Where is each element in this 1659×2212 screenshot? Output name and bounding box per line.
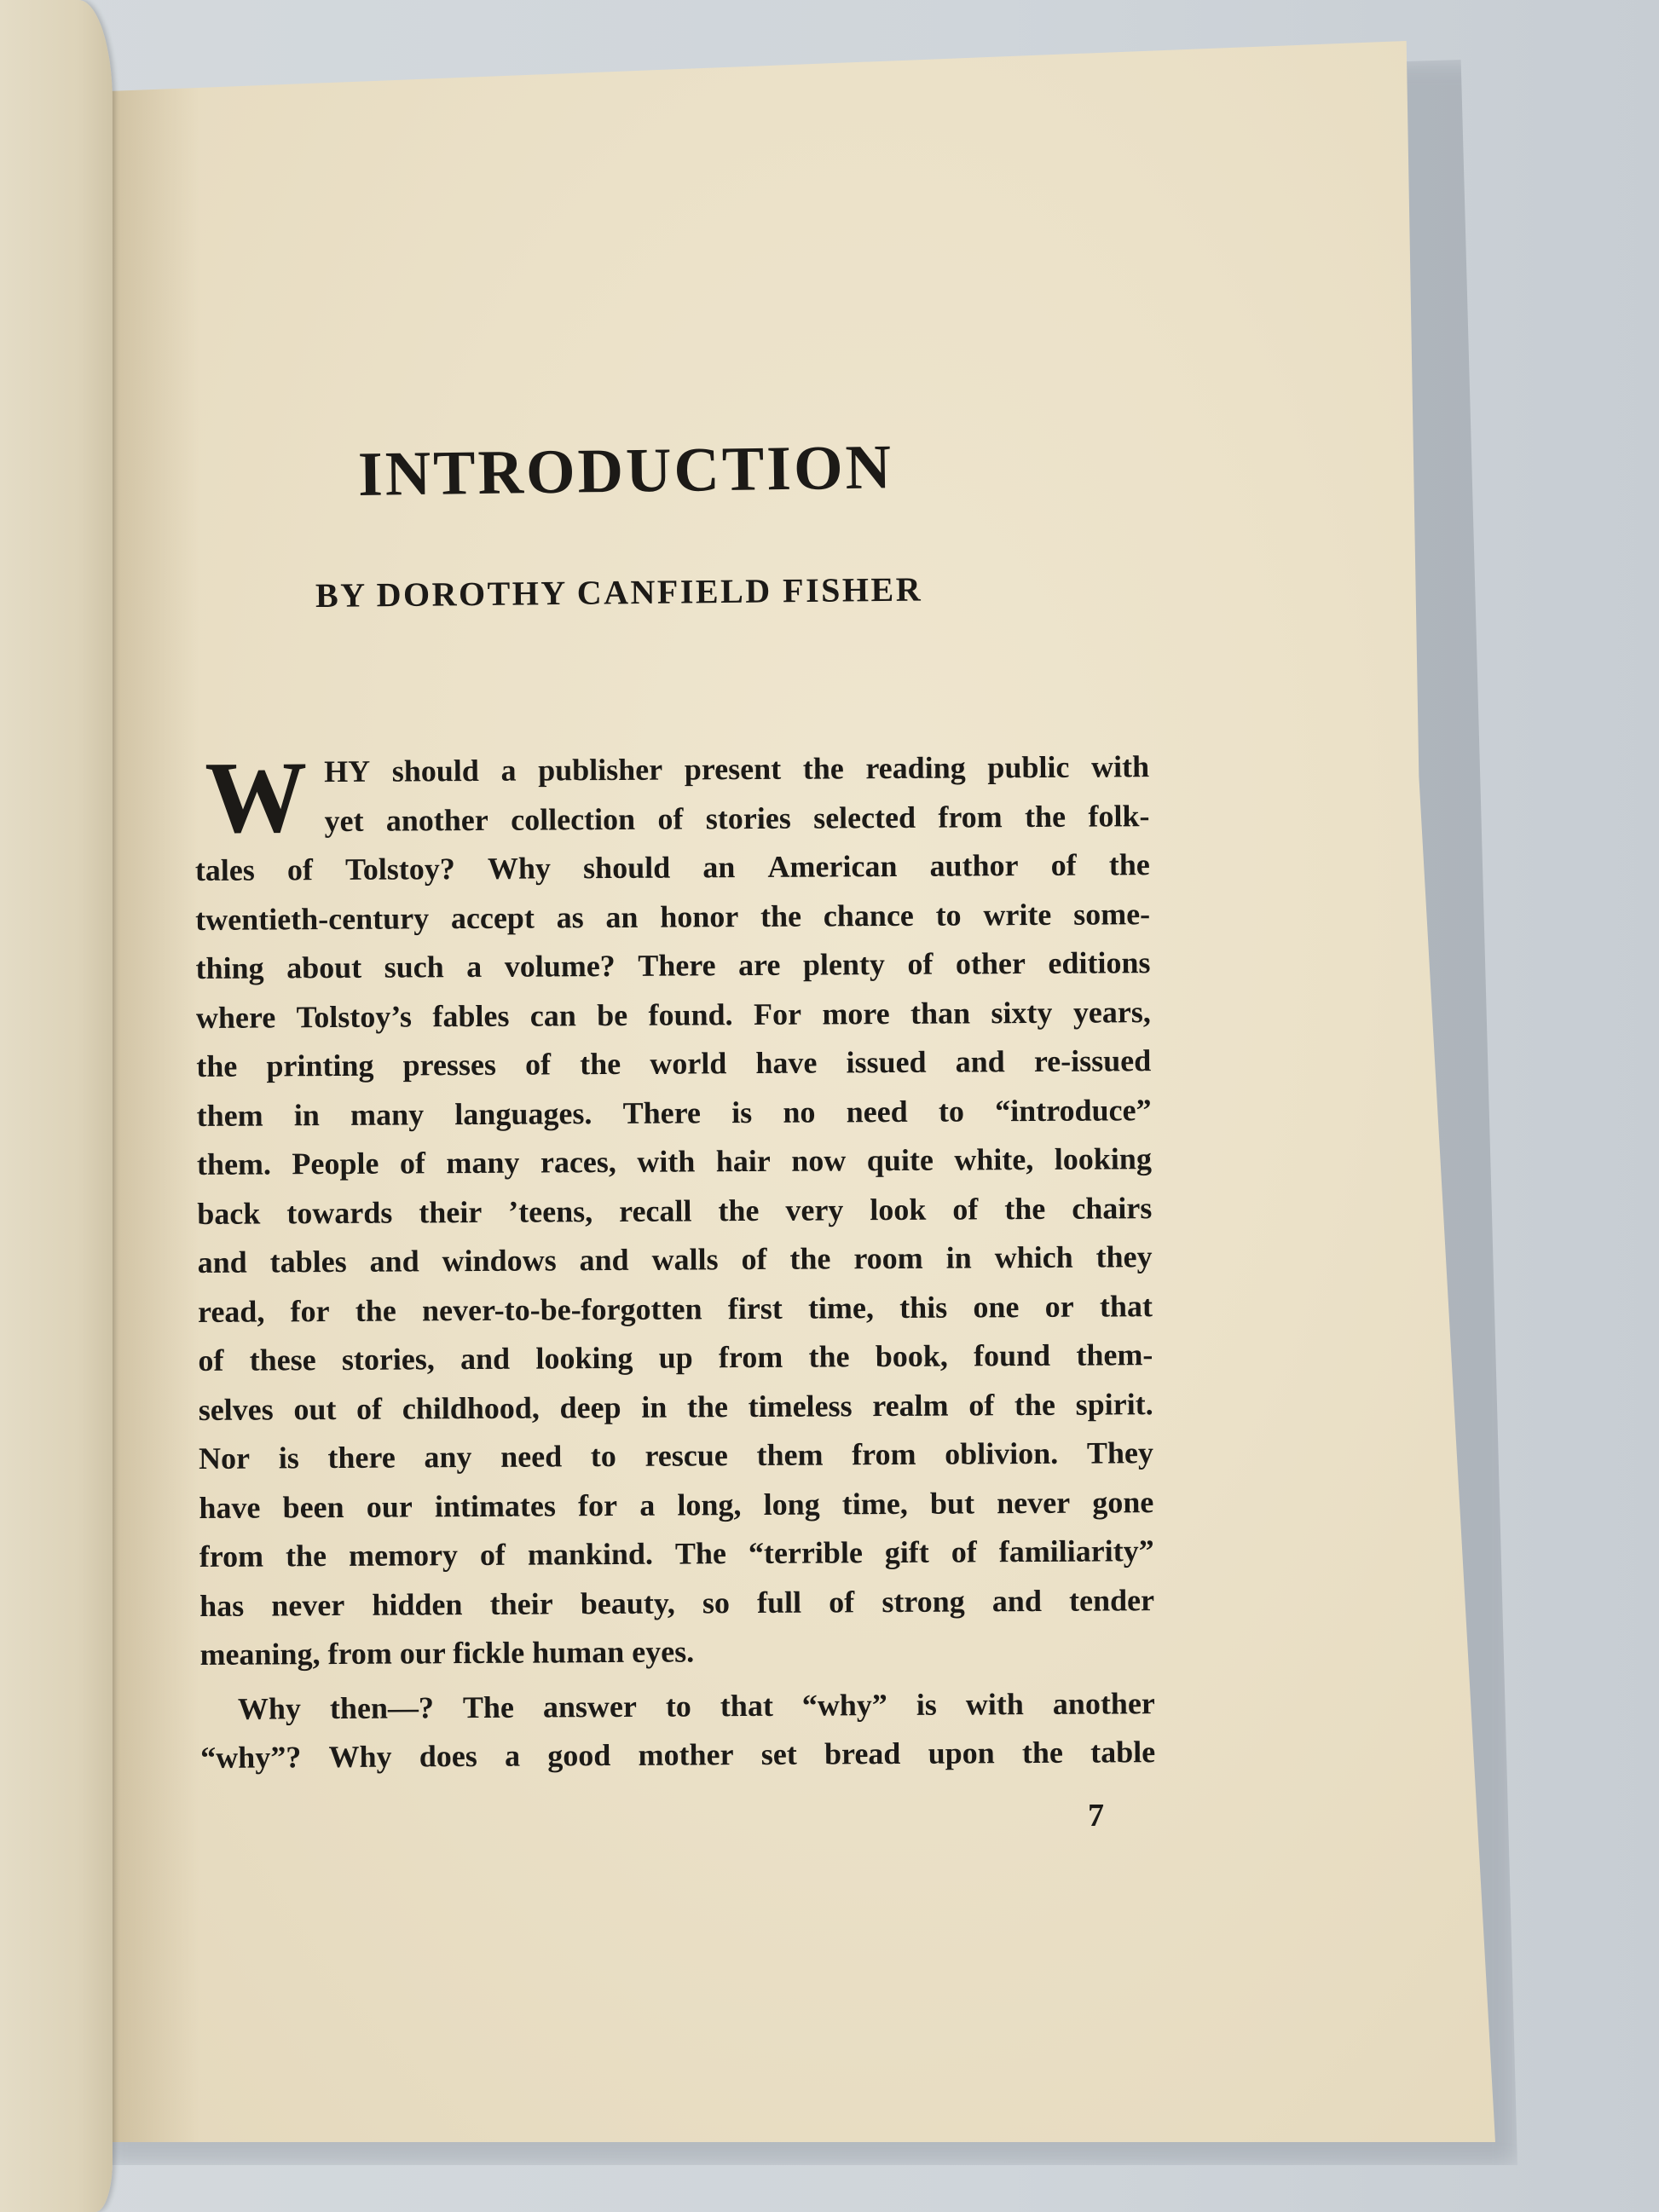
text-line: theminmanylanguages.Thereisnoneedto“intr… (196, 1086, 1151, 1141)
word: look (870, 1185, 926, 1234)
word: and (956, 1037, 1005, 1087)
word: fables (432, 991, 509, 1041)
word: as (556, 893, 583, 943)
word: have (199, 1483, 260, 1533)
word: where (196, 993, 276, 1042)
word: of (968, 1381, 994, 1430)
word: should (583, 844, 670, 893)
word: for (578, 1481, 617, 1530)
word: walls (651, 1235, 718, 1285)
word: of (1050, 841, 1076, 891)
word: folk- (1088, 792, 1149, 841)
word: stories, (342, 1335, 435, 1384)
word: any (424, 1433, 471, 1482)
text-line: andtablesandwindowsandwallsoftheroominwh… (198, 1233, 1153, 1287)
word: plenty (803, 940, 885, 990)
word: write (983, 890, 1051, 939)
word: “introduce” (995, 1086, 1152, 1136)
word: is (916, 1680, 937, 1730)
word: the (1004, 1184, 1045, 1233)
word: to (939, 1087, 964, 1136)
word: oblivion. (945, 1429, 1058, 1479)
word: the (196, 1042, 237, 1092)
word: this (899, 1283, 947, 1332)
page-content: INTRODUCTION BY DOROTHY CANFIELD FISHER … (194, 0, 1149, 2212)
word: of (741, 1235, 766, 1285)
word: mankind. (528, 1530, 653, 1580)
word: the (789, 1234, 830, 1284)
word: twentieth-century (195, 894, 429, 944)
word: should (392, 747, 479, 796)
word: been (282, 1482, 344, 1532)
word: they (1095, 1233, 1152, 1282)
word: the (1025, 792, 1066, 841)
word: of (400, 1139, 425, 1188)
word: towards (286, 1188, 392, 1238)
word: has (199, 1581, 244, 1631)
word: editions (1048, 939, 1150, 988)
word: hidden (372, 1580, 462, 1630)
word: presses (402, 1041, 496, 1090)
page-number: 7 (1088, 1797, 1104, 1834)
word: book, (876, 1332, 948, 1382)
word: chance (824, 891, 914, 940)
word: There (622, 1089, 701, 1138)
word: mother (638, 1730, 733, 1780)
word: long (763, 1480, 819, 1529)
word: found. (648, 990, 732, 1040)
word: tender (1069, 1576, 1154, 1626)
word: years, (1073, 988, 1151, 1037)
facing-page-edge (0, 0, 113, 2212)
word: to (591, 1432, 616, 1481)
word: is (279, 1434, 299, 1483)
word: stories (706, 794, 791, 843)
word: gone (1092, 1478, 1153, 1528)
word: to (666, 1682, 691, 1731)
word: many (350, 1090, 424, 1140)
text-line: backtowardstheir’teens,recalltheverylook… (197, 1184, 1152, 1239)
text-line: talesofTolstoy?WhyshouldanAmericanauthor… (195, 840, 1150, 895)
word: printing (266, 1042, 373, 1091)
word: the (687, 1383, 728, 1432)
text-line: selvesoutofchildhood,deepinthetimelessre… (199, 1380, 1153, 1435)
text-line: read,forthenever-to-be-forgottenfirsttim… (198, 1282, 1153, 1337)
word: the (803, 744, 844, 794)
word: memory (349, 1531, 458, 1580)
word: intimates (435, 1481, 556, 1531)
word: and (369, 1237, 419, 1286)
word: Tolstoy’s (296, 992, 412, 1042)
word: these (249, 1336, 315, 1385)
word: them. (197, 1140, 271, 1189)
word: with (1091, 742, 1149, 792)
word: full (757, 1578, 801, 1627)
word: our (367, 1482, 413, 1532)
word: other (956, 939, 1026, 989)
word: author (929, 841, 1018, 891)
word: their (419, 1187, 482, 1237)
word: from (938, 793, 1003, 842)
word: of (198, 1337, 223, 1386)
word: another (1053, 1679, 1155, 1729)
word: languages. (454, 1089, 592, 1139)
word: childhood, (402, 1383, 540, 1433)
text-line: whereTolstoy’sfablescanbefound.Formoreth… (196, 988, 1151, 1042)
word: For (754, 990, 801, 1039)
text-line: twentieth-centuryacceptasanhonorthechanc… (195, 890, 1150, 944)
word: than (910, 989, 970, 1038)
word: “why”? (200, 1733, 301, 1782)
word: rescue (645, 1431, 728, 1481)
word: many (446, 1139, 519, 1188)
word: are (738, 941, 781, 990)
word: of (951, 1528, 977, 1577)
word: from (719, 1333, 783, 1383)
word: there (327, 1434, 396, 1483)
word: does (419, 1732, 477, 1782)
word: windows (442, 1236, 556, 1285)
word: then—? (330, 1684, 434, 1733)
word: of (480, 1531, 506, 1580)
text-line: meaning, from our fickle human eyes. (199, 1625, 1154, 1679)
word: yet (324, 796, 363, 846)
word: with (966, 1680, 1024, 1730)
word: the (808, 1332, 849, 1382)
word: back (197, 1189, 260, 1239)
word: them- (1076, 1331, 1153, 1380)
word: the (718, 1186, 759, 1235)
word: the (355, 1286, 396, 1336)
word: to (935, 891, 961, 940)
word: reading (865, 743, 966, 793)
word: “terrible (749, 1528, 863, 1578)
word: a (466, 943, 482, 992)
word: the (1109, 840, 1150, 890)
word: never-to-be-forgotten (422, 1285, 702, 1336)
text-line: theprintingpressesoftheworldhaveissuedan… (196, 1037, 1151, 1091)
word: issued (846, 1038, 926, 1088)
word: one (973, 1283, 1019, 1332)
word: the (1014, 1380, 1055, 1429)
word: of (356, 1384, 382, 1434)
text-line: HYshouldapublisherpresentthereadingpubli… (324, 742, 1149, 796)
word: The (675, 1529, 726, 1579)
word: American (767, 842, 897, 892)
body-text: W HYshouldapublisherpresentthereadingpub… (194, 742, 1155, 1782)
word: long, (677, 1481, 741, 1530)
word: so (702, 1579, 730, 1628)
word: but (930, 1479, 974, 1528)
word: set (761, 1730, 797, 1780)
text-line: “why”?Whydoesagoodmothersetbreaduponthet… (200, 1728, 1155, 1782)
word: timeless (748, 1382, 852, 1431)
word: and (460, 1335, 510, 1384)
word: up (659, 1333, 693, 1383)
word: with (637, 1137, 695, 1187)
word: an (702, 843, 735, 892)
word: in (641, 1383, 667, 1432)
word: The (463, 1683, 514, 1732)
word: looking (535, 1334, 633, 1383)
word: of (657, 794, 683, 844)
word: People (292, 1140, 379, 1189)
word: “why” (802, 1681, 887, 1730)
text-line: havebeenourintimatesforalong,longtime,bu… (199, 1478, 1153, 1533)
word: more (822, 990, 890, 1039)
text-line: them.Peopleofmanyraces,withhairnowquitew… (197, 1135, 1152, 1189)
word: read, (198, 1287, 265, 1337)
word: a (639, 1481, 655, 1530)
word: never (271, 1580, 344, 1630)
word: need (500, 1432, 562, 1481)
word: is (731, 1089, 752, 1138)
word: them (196, 1091, 263, 1141)
word: the (580, 1040, 621, 1089)
word: of (829, 1578, 854, 1627)
word: looking (1055, 1135, 1152, 1184)
word: honor (660, 892, 738, 942)
word: gift (885, 1528, 929, 1578)
chapter-title: INTRODUCTION (357, 430, 1006, 511)
text-line: Noristhereanyneedtorescuethemfromoblivio… (199, 1429, 1153, 1483)
word: need (847, 1087, 908, 1136)
text-line: fromthememoryofmankind.The“terriblegifto… (199, 1527, 1154, 1581)
author-byline: BY DOROTHY CANFIELD FISHER (315, 568, 1083, 615)
word: now (791, 1136, 846, 1186)
word: out (293, 1384, 336, 1434)
word: of (525, 1040, 551, 1089)
text-line: hasneverhiddentheirbeauty,sofullofstrong… (199, 1576, 1154, 1631)
word: selected (813, 793, 916, 842)
word: be (597, 990, 627, 1040)
word: such (384, 943, 444, 992)
word: of (907, 940, 933, 990)
word: public (987, 743, 1069, 793)
word: strong (882, 1577, 965, 1626)
word: very (785, 1186, 843, 1235)
word: that (1100, 1282, 1153, 1331)
word: races, (540, 1138, 616, 1187)
word: found (974, 1331, 1050, 1381)
word: or (1045, 1282, 1074, 1331)
word: in (294, 1091, 320, 1141)
word: and (198, 1239, 247, 1288)
paragraph-1: W HYshouldapublisherpresentthereadingpub… (194, 742, 1155, 1679)
word: time, (842, 1479, 908, 1528)
word: the (286, 1532, 327, 1581)
word: tables (269, 1238, 346, 1287)
word: upon (928, 1729, 994, 1778)
word: the (1022, 1729, 1063, 1778)
word: familiarity” (999, 1527, 1154, 1577)
word: realm (872, 1381, 949, 1430)
text-line: thingaboutsuchavolume?Thereareplentyofot… (195, 939, 1150, 993)
word: time, (808, 1284, 874, 1333)
word: their (489, 1580, 552, 1629)
word: world (650, 1039, 726, 1089)
word: collection (511, 794, 635, 844)
word: that (720, 1681, 773, 1730)
word: a (500, 747, 516, 796)
paragraph-2: Whythen—?Theanswertothat“why”iswithanoth… (200, 1679, 1156, 1783)
word: from (852, 1430, 916, 1480)
word: hair (716, 1137, 771, 1187)
word: selves (199, 1385, 274, 1435)
word: ’teens, (508, 1187, 592, 1237)
word: room (853, 1234, 923, 1284)
word: accept (451, 893, 535, 943)
word: Why (238, 1684, 301, 1734)
word: an (605, 892, 638, 942)
word: which (994, 1233, 1072, 1283)
word: from (199, 1533, 264, 1582)
word: a (505, 1732, 520, 1782)
word: first (728, 1284, 783, 1333)
word: some- (1073, 890, 1150, 939)
word: answer (543, 1682, 637, 1731)
word: deep (559, 1383, 621, 1432)
word: of (952, 1185, 978, 1234)
word: spirit. (1075, 1380, 1153, 1429)
word: chairs (1072, 1184, 1152, 1233)
word: no (783, 1088, 815, 1137)
word: re-issued (1034, 1037, 1152, 1086)
word: They (1087, 1429, 1153, 1478)
word: HY (324, 748, 370, 797)
word: in (945, 1233, 971, 1283)
word: publisher (538, 746, 662, 795)
word: quite (867, 1136, 934, 1186)
word: good (547, 1731, 610, 1781)
word: about (286, 944, 361, 993)
text-line: ofthesestories,andlookingupfromthebook,f… (198, 1331, 1153, 1385)
text-line: yetanothercollectionofstoriesselectedfro… (324, 792, 1149, 846)
word: There (638, 941, 716, 990)
word: another (386, 795, 488, 845)
word: sixty (991, 988, 1052, 1037)
word: bread (824, 1730, 901, 1779)
word: present (685, 745, 782, 794)
word: never (997, 1478, 1070, 1528)
word: volume? (505, 942, 616, 991)
word: and (992, 1576, 1042, 1626)
drop-cap: W (205, 754, 308, 840)
word: Tolstoy? (345, 845, 455, 894)
word: Why (488, 844, 551, 893)
word: white, (954, 1135, 1033, 1185)
word: for (290, 1287, 329, 1337)
text-line: Whythen—?Theanswertothat“why”iswithanoth… (200, 1679, 1155, 1734)
word: beauty, (581, 1579, 675, 1628)
word: can (530, 991, 576, 1041)
word: Nor (199, 1435, 250, 1484)
word: table (1090, 1728, 1155, 1777)
word: have (755, 1039, 817, 1089)
word: recall (619, 1187, 692, 1236)
word: thing (195, 944, 263, 994)
word: and (579, 1236, 628, 1285)
word: the (760, 892, 801, 941)
word: Why (328, 1733, 391, 1782)
word: them (756, 1431, 823, 1481)
